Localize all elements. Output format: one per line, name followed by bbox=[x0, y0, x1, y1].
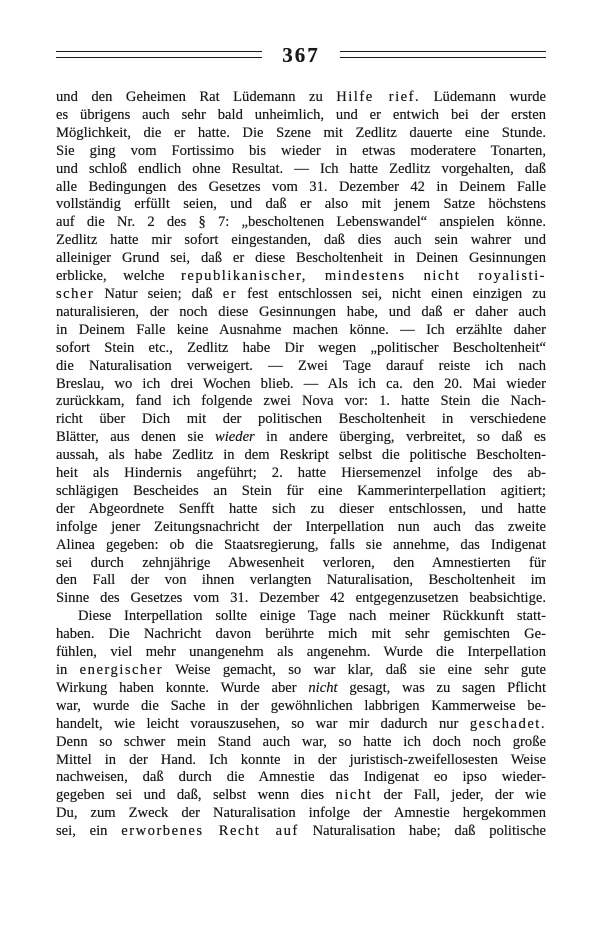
text-segment: auf die Nr. 2 des § 7: „bescholtenen Leb… bbox=[56, 214, 546, 230]
text-segment: infolge jener Zeitungsnachricht der Inte… bbox=[56, 519, 546, 535]
header-rule-left bbox=[56, 51, 262, 58]
text-line: gegeben sei und daß, selbst wenn dies ni… bbox=[56, 787, 546, 805]
text-line: Möglichkeit, die er hatte. Die Szene mit… bbox=[56, 125, 546, 143]
text-line: und schloß endlich ohne Resultat. — Ich … bbox=[56, 161, 546, 179]
header-rule-right bbox=[340, 51, 546, 58]
emphasized-spaced-text: er bbox=[223, 286, 237, 302]
text-segment: in Deinem Falle keine Ausnahme machen kö… bbox=[56, 322, 546, 338]
text-segment: richt über Dich mit der politischen Besc… bbox=[56, 411, 546, 427]
text-line: sei, ein erworbenes Recht auf Naturalisa… bbox=[56, 823, 546, 841]
text-segment: nachweisen, daß durch die Amnestie das I… bbox=[56, 769, 546, 785]
text-segment: in andere überging, verbreitet, so daß e… bbox=[255, 429, 546, 445]
text-line: haben. Die Nachricht davon berührte mich… bbox=[56, 626, 546, 644]
text-segment: aussah, als habe Zedlitz in dem Reskript… bbox=[56, 447, 546, 463]
text-segment: heit als Hindernis angeführt; 2. hatte H… bbox=[56, 465, 546, 481]
emphasized-spaced-text: republikanischer, mindestens nicht royal… bbox=[181, 268, 546, 284]
text-segment: Diese Interpellation sollte einige Tage … bbox=[78, 608, 546, 624]
text-segment: handelt, wie leicht vorauszusehen, so wa… bbox=[56, 716, 470, 732]
text-segment: Breslau, wo ich drei Wochen blieb. — Als… bbox=[56, 376, 546, 392]
text-line: zurückkam, fand ich folgende zwei Nova v… bbox=[56, 393, 546, 411]
text-segment: Alinea gegeben: ob die Staatsregierung, … bbox=[56, 537, 546, 553]
text-segment: Lüdemann wurde bbox=[420, 89, 546, 105]
text-segment: fest entschlossen sei, nicht einen einzi… bbox=[237, 286, 546, 302]
text-line: schlägigen Bescheides an Stein für eine … bbox=[56, 483, 546, 501]
text-segment: Weise gemacht, so war klar, daß sie eine… bbox=[163, 662, 546, 678]
text-line: der Abgeordnete Senfft hatte sich zu die… bbox=[56, 501, 546, 519]
text-line: handelt, wie leicht vorauszusehen, so wa… bbox=[56, 716, 546, 734]
text-segment: naturalisieren, der noch diese Gesinnung… bbox=[56, 304, 546, 320]
text-segment: erblicke, welche bbox=[56, 268, 181, 284]
italic-text: nicht bbox=[308, 680, 337, 696]
text-line: Sinne des Gesetzes vom 31. Dezember 42 e… bbox=[56, 590, 546, 608]
text-segment: sofort Stein etc., Zedlitz habe Dir wege… bbox=[56, 340, 546, 356]
emphasized-spaced-text: energischer bbox=[80, 662, 164, 678]
text-line: heit als Hindernis angeführt; 2. hatte H… bbox=[56, 465, 546, 483]
text-line: Wirkung haben konnte. Wurde aber nicht g… bbox=[56, 680, 546, 698]
text-segment: und schloß endlich ohne Resultat. — Ich … bbox=[56, 161, 546, 177]
text-segment: haben. Die Nachricht davon berührte mich… bbox=[56, 626, 546, 642]
text-segment: der Abgeordnete Senfft hatte sich zu die… bbox=[56, 501, 546, 517]
text-line: infolge jener Zeitungsnachricht der Inte… bbox=[56, 519, 546, 537]
text-line: Breslau, wo ich drei Wochen blieb. — Als… bbox=[56, 376, 546, 394]
emphasized-spaced-text: Hilfe rief. bbox=[336, 89, 420, 105]
italic-text: wieder bbox=[215, 429, 255, 445]
text-line: es übrigens auch sehr bald unheimlich, u… bbox=[56, 107, 546, 125]
text-segment: Zedlitz hatte mir sofort eingestanden, d… bbox=[56, 232, 546, 248]
text-line: auf die Nr. 2 des § 7: „bescholtenen Leb… bbox=[56, 214, 546, 232]
text-segment: alle Bedingungen des Gesetzes vom 31. De… bbox=[56, 179, 546, 195]
book-page: 367 und den Geheimen Rat Lüdemann zu Hil… bbox=[0, 0, 600, 950]
text-segment: der Fall, jeder, der wie bbox=[372, 787, 546, 803]
text-segment: schlägigen Bescheides an Stein für eine … bbox=[56, 483, 546, 499]
text-segment: in bbox=[56, 662, 80, 678]
page-body: und den Geheimen Rat Lüdemann zu Hilfe r… bbox=[56, 89, 546, 841]
text-segment: Möglichkeit, die er hatte. Die Szene mit… bbox=[56, 125, 546, 141]
text-segment: Denn so schwer mein Stand auch war, so h… bbox=[56, 734, 546, 750]
text-line: Diese Interpellation sollte einige Tage … bbox=[56, 608, 546, 626]
text-line: vollständig erfüllt seien, und daß er al… bbox=[56, 196, 546, 214]
emphasized-spaced-text: nicht bbox=[335, 787, 372, 803]
text-segment: vollständig erfüllt seien, und daß er al… bbox=[56, 196, 546, 212]
text-segment: fühlen, viel mehr unangenehm als angeneh… bbox=[56, 644, 546, 660]
text-line: Sie ging vom Fortissimo bis wieder in et… bbox=[56, 143, 546, 161]
text-segment: gegeben sei und daß, selbst wenn dies bbox=[56, 787, 335, 803]
text-segment: Sie ging vom Fortissimo bis wieder in et… bbox=[56, 143, 546, 159]
text-line: Blätter, aus denen sie wieder in andere … bbox=[56, 429, 546, 447]
text-line: naturalisieren, der noch diese Gesinnung… bbox=[56, 304, 546, 322]
text-segment: zurückkam, fand ich folgende zwei Nova v… bbox=[56, 393, 546, 409]
text-segment: alleiniger Grund sei, daß er diese Besch… bbox=[56, 250, 546, 266]
page-header: 367 bbox=[56, 44, 546, 65]
text-segment: Naturalisation habe; daß politische bbox=[299, 823, 546, 839]
text-line: alleiniger Grund sei, daß er diese Besch… bbox=[56, 250, 546, 268]
paragraph: Diese Interpellation sollte einige Tage … bbox=[56, 608, 546, 841]
text-line: Mittel in der Hand. Ich konnte in der ju… bbox=[56, 752, 546, 770]
text-line: nachweisen, daß durch die Amnestie das I… bbox=[56, 769, 546, 787]
text-line: Denn so schwer mein Stand auch war, so h… bbox=[56, 734, 546, 752]
text-segment: sei, ein bbox=[56, 823, 121, 839]
text-line: Alinea gegeben: ob die Staatsregierung, … bbox=[56, 537, 546, 555]
text-segment: gesagt, was zu sagen Pflicht bbox=[338, 680, 546, 696]
text-line: sofort Stein etc., Zedlitz habe Dir wege… bbox=[56, 340, 546, 358]
text-line: in energischer Weise gemacht, so war kla… bbox=[56, 662, 546, 680]
text-line: sei durch zehnjährige Abwesenheit verlor… bbox=[56, 555, 546, 573]
emphasized-spaced-text: geschadet. bbox=[470, 716, 546, 732]
text-segment: sei durch zehnjährige Abwesenheit verlor… bbox=[56, 555, 546, 571]
text-segment: Natur seien; daß bbox=[94, 286, 222, 302]
text-line: richt über Dich mit der politischen Besc… bbox=[56, 411, 546, 429]
text-line: die Naturalisation verweigert. — Zwei Ta… bbox=[56, 358, 546, 376]
text-segment: Du, zum Zweck der Naturalisation infolge… bbox=[56, 805, 546, 821]
text-segment: Mittel in der Hand. Ich konnte in der ju… bbox=[56, 752, 546, 768]
page-number: 367 bbox=[282, 45, 320, 66]
emphasized-spaced-text: scher bbox=[56, 286, 94, 302]
text-segment: den Fall der von ihnen verlangten Natura… bbox=[56, 572, 546, 588]
text-segment: Wirkung haben konnte. Wurde aber bbox=[56, 680, 308, 696]
text-line: aussah, als habe Zedlitz in dem Reskript… bbox=[56, 447, 546, 465]
emphasized-spaced-text: erworbenes Recht auf bbox=[121, 823, 299, 839]
text-line: scher Natur seien; daß er fest entschlos… bbox=[56, 286, 546, 304]
text-segment: es übrigens auch sehr bald unheimlich, u… bbox=[56, 107, 546, 123]
paragraph: und den Geheimen Rat Lüdemann zu Hilfe r… bbox=[56, 89, 546, 608]
text-segment: Blätter, aus denen sie bbox=[56, 429, 215, 445]
text-line: erblicke, welche republikanischer, minde… bbox=[56, 268, 546, 286]
text-segment: und den Geheimen Rat Lüdemann zu bbox=[56, 89, 336, 105]
text-line: Du, zum Zweck der Naturalisation infolge… bbox=[56, 805, 546, 823]
text-segment: war, wurde die Sache in der gewöhnlichen… bbox=[56, 698, 546, 714]
text-line: Zedlitz hatte mir sofort eingestanden, d… bbox=[56, 232, 546, 250]
text-line: fühlen, viel mehr unangenehm als angeneh… bbox=[56, 644, 546, 662]
text-line: den Fall der von ihnen verlangten Natura… bbox=[56, 572, 546, 590]
text-segment: die Naturalisation verweigert. — Zwei Ta… bbox=[56, 358, 546, 374]
text-line: und den Geheimen Rat Lüdemann zu Hilfe r… bbox=[56, 89, 546, 107]
text-line: alle Bedingungen des Gesetzes vom 31. De… bbox=[56, 179, 546, 197]
text-line: war, wurde die Sache in der gewöhnlichen… bbox=[56, 698, 546, 716]
text-line: in Deinem Falle keine Ausnahme machen kö… bbox=[56, 322, 546, 340]
text-segment: Sinne des Gesetzes vom 31. Dezember 42 e… bbox=[56, 590, 546, 606]
